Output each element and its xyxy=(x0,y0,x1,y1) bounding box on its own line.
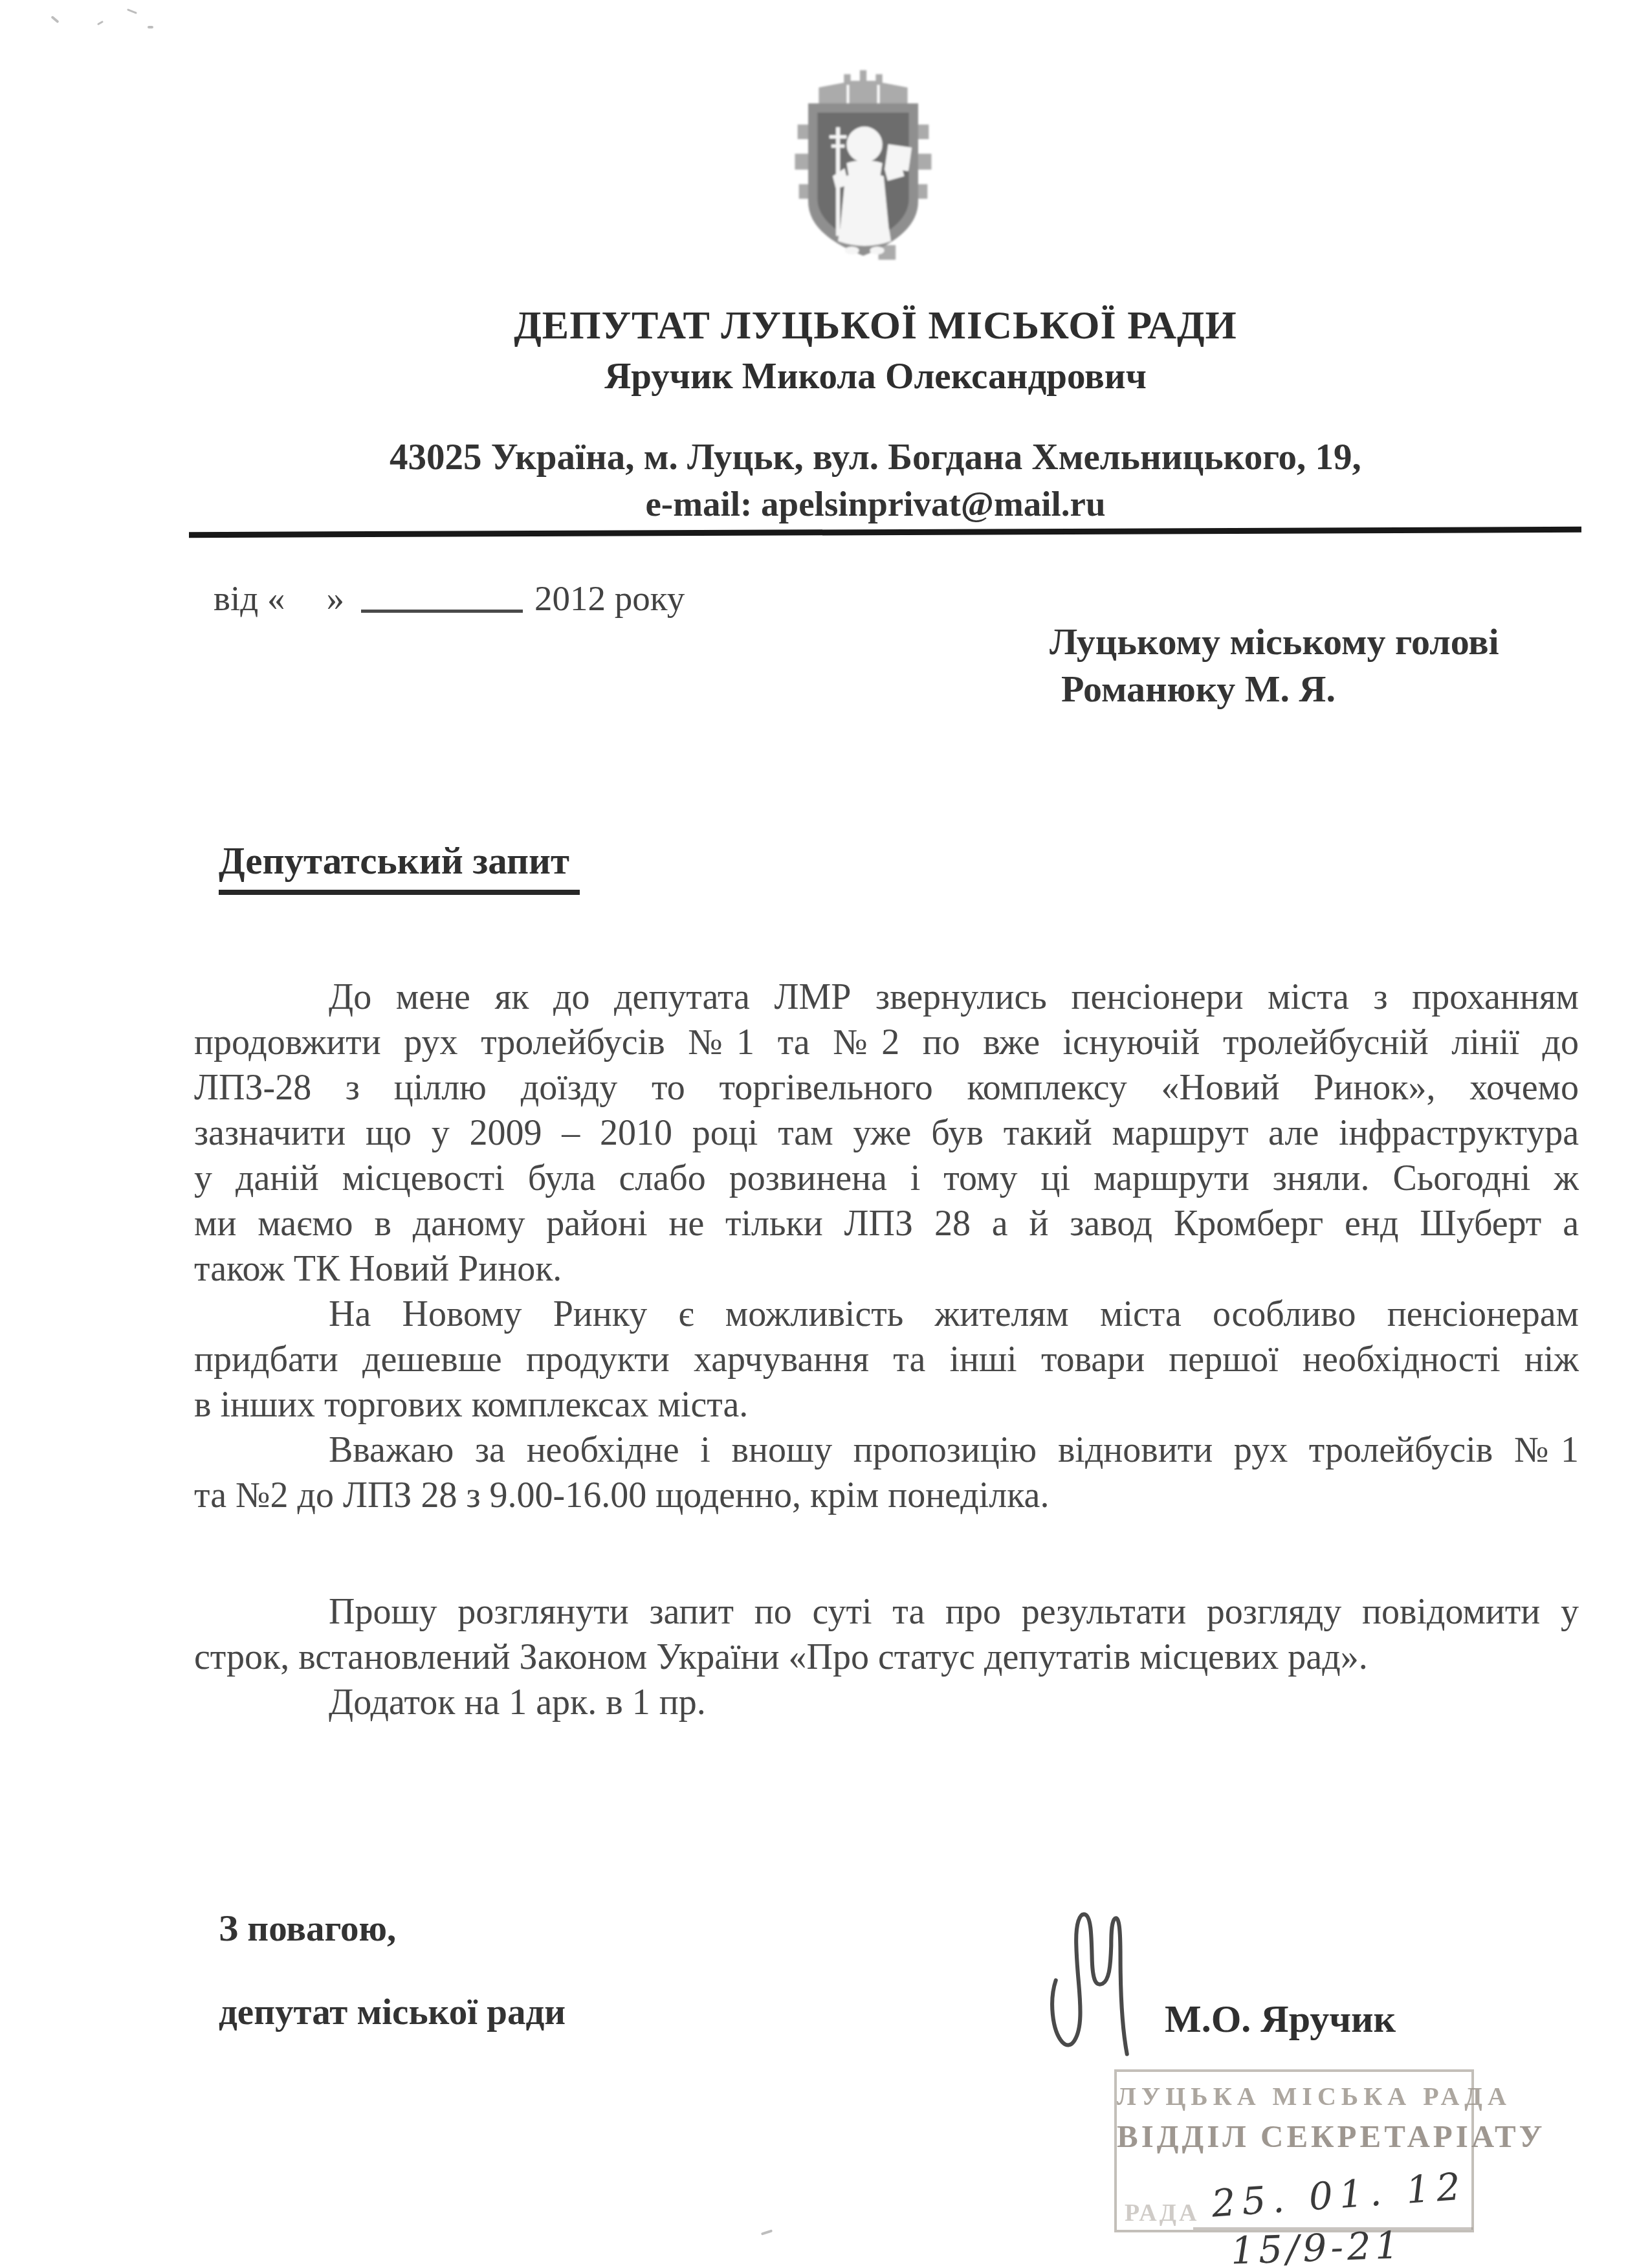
signer-name: М.О. Яручик xyxy=(1165,1997,1396,2042)
scan-speck xyxy=(50,16,59,23)
body-line: та №2 до ЛПЗ 28 з 9.00-16.00 щоденно, кр… xyxy=(194,1473,1579,1518)
body-line: До мене як до депутата ЛМР звернулись пе… xyxy=(194,974,1579,1020)
handwritten-reference-number: 15/9-21 xyxy=(1230,2223,1403,2268)
closing-role: депутат міської ради xyxy=(219,1991,566,2033)
date-blank-line xyxy=(361,610,523,613)
scan-speck xyxy=(148,26,153,28)
letterhead-person-line: Яручик Микола Олександрович xyxy=(50,355,1650,397)
paragraph: Прошу розглянути запит по суті та про ре… xyxy=(194,1589,1579,1680)
body-line: також ТК Новий Ринок. xyxy=(194,1246,1579,1292)
date-year: 2012 року xyxy=(534,578,685,618)
paragraph: До мене як до депутата ЛМР звернулись пе… xyxy=(194,974,1579,1292)
paragraph: Додаток на 1 арк. в 1 пр. xyxy=(194,1680,1579,1725)
body-line: строк, встановлений Законом України «Про… xyxy=(194,1635,1579,1680)
stamp-org-line: ЛУЦЬКА МІСЬКА РАДА xyxy=(1117,2081,1471,2111)
letterhead-divider-rule xyxy=(189,527,1581,538)
closing-salutation: З повагою, xyxy=(219,1908,566,1950)
scan-speck xyxy=(97,21,104,26)
lutsk-coat-of-arms-icon xyxy=(780,63,946,269)
body-line: Додаток на 1 арк. в 1 пр. xyxy=(194,1680,1579,1725)
letterhead-org-line: ДЕПУТАТ ЛУЦЬКОЇ МІСЬКОЇ РАДИ xyxy=(50,303,1650,349)
letterhead-email-line: e-mail: apelsinprivat@mail.ru xyxy=(50,483,1650,524)
scan-speck xyxy=(127,8,137,14)
stamp-dept-line: ВІДДІЛ СЕКРЕТАРІАТУ xyxy=(1117,2118,1471,2155)
stamp-side-fragment: РАДА xyxy=(1125,2199,1199,2227)
body-line: зазначити що у 2009 – 2010 році там уже … xyxy=(194,1110,1579,1156)
letterhead: ДЕПУТАТ ЛУЦЬКОЇ МІСЬКОЇ РАДИ Яручик Мико… xyxy=(50,303,1650,524)
body-line: На Новому Ринку є можливість жителям міс… xyxy=(194,1292,1579,1337)
addressee-line1: Луцькому міському голові xyxy=(1050,620,1499,663)
date-close-quote: » xyxy=(326,578,344,618)
paragraph: Вважаю за необхідне і вношу пропозицію в… xyxy=(194,1427,1579,1518)
letterhead-address-line: 43025 Україна, м. Луцьк, вул. Богдана Хм… xyxy=(50,436,1650,478)
body-line: Вважаю за необхідне і вношу пропозицію в… xyxy=(194,1427,1579,1473)
addressee-line2: Романюку М. Я. xyxy=(1050,667,1499,710)
body-line: придбати дешевше продукти харчування та … xyxy=(194,1337,1579,1382)
body-line: в інших торгових комплексах міста. xyxy=(194,1382,1579,1427)
date-line: від «»2012 року xyxy=(214,578,685,619)
handwritten-signature xyxy=(1043,1896,1160,2074)
body-line: ми маємо в даному районі не тільки ЛПЗ 2… xyxy=(194,1201,1579,1246)
scanned-letter-page: ДЕПУТАТ ЛУЦЬКОЇ МІСЬКОЇ РАДИ Яручик Мико… xyxy=(0,0,1650,2268)
date-prefix: від « xyxy=(214,578,285,618)
body-line: у даній місцевості була слабо розвинена … xyxy=(194,1156,1579,1201)
document-title-text: Депутатський запит xyxy=(219,839,580,895)
document-title: Депутатський запит xyxy=(219,839,580,895)
body-line: Прошу розглянути запит по суті та про ре… xyxy=(194,1589,1579,1635)
closing-block: З повагою, депутат міської ради xyxy=(219,1908,566,2033)
letter-body: До мене як до депутата ЛМР звернулись пе… xyxy=(194,974,1579,1725)
scan-speck xyxy=(761,2229,773,2235)
body-line: продовжити рух тролейбусів №1 та №2 по в… xyxy=(194,1020,1579,1065)
paragraph: На Новому Ринку є можливість жителям міс… xyxy=(194,1292,1579,1427)
addressee-block: Луцькому міському голові Романюку М. Я. xyxy=(1050,620,1499,711)
body-line: ЛПЗ-28 з ціллю доїзду то торгівельного к… xyxy=(194,1065,1579,1110)
